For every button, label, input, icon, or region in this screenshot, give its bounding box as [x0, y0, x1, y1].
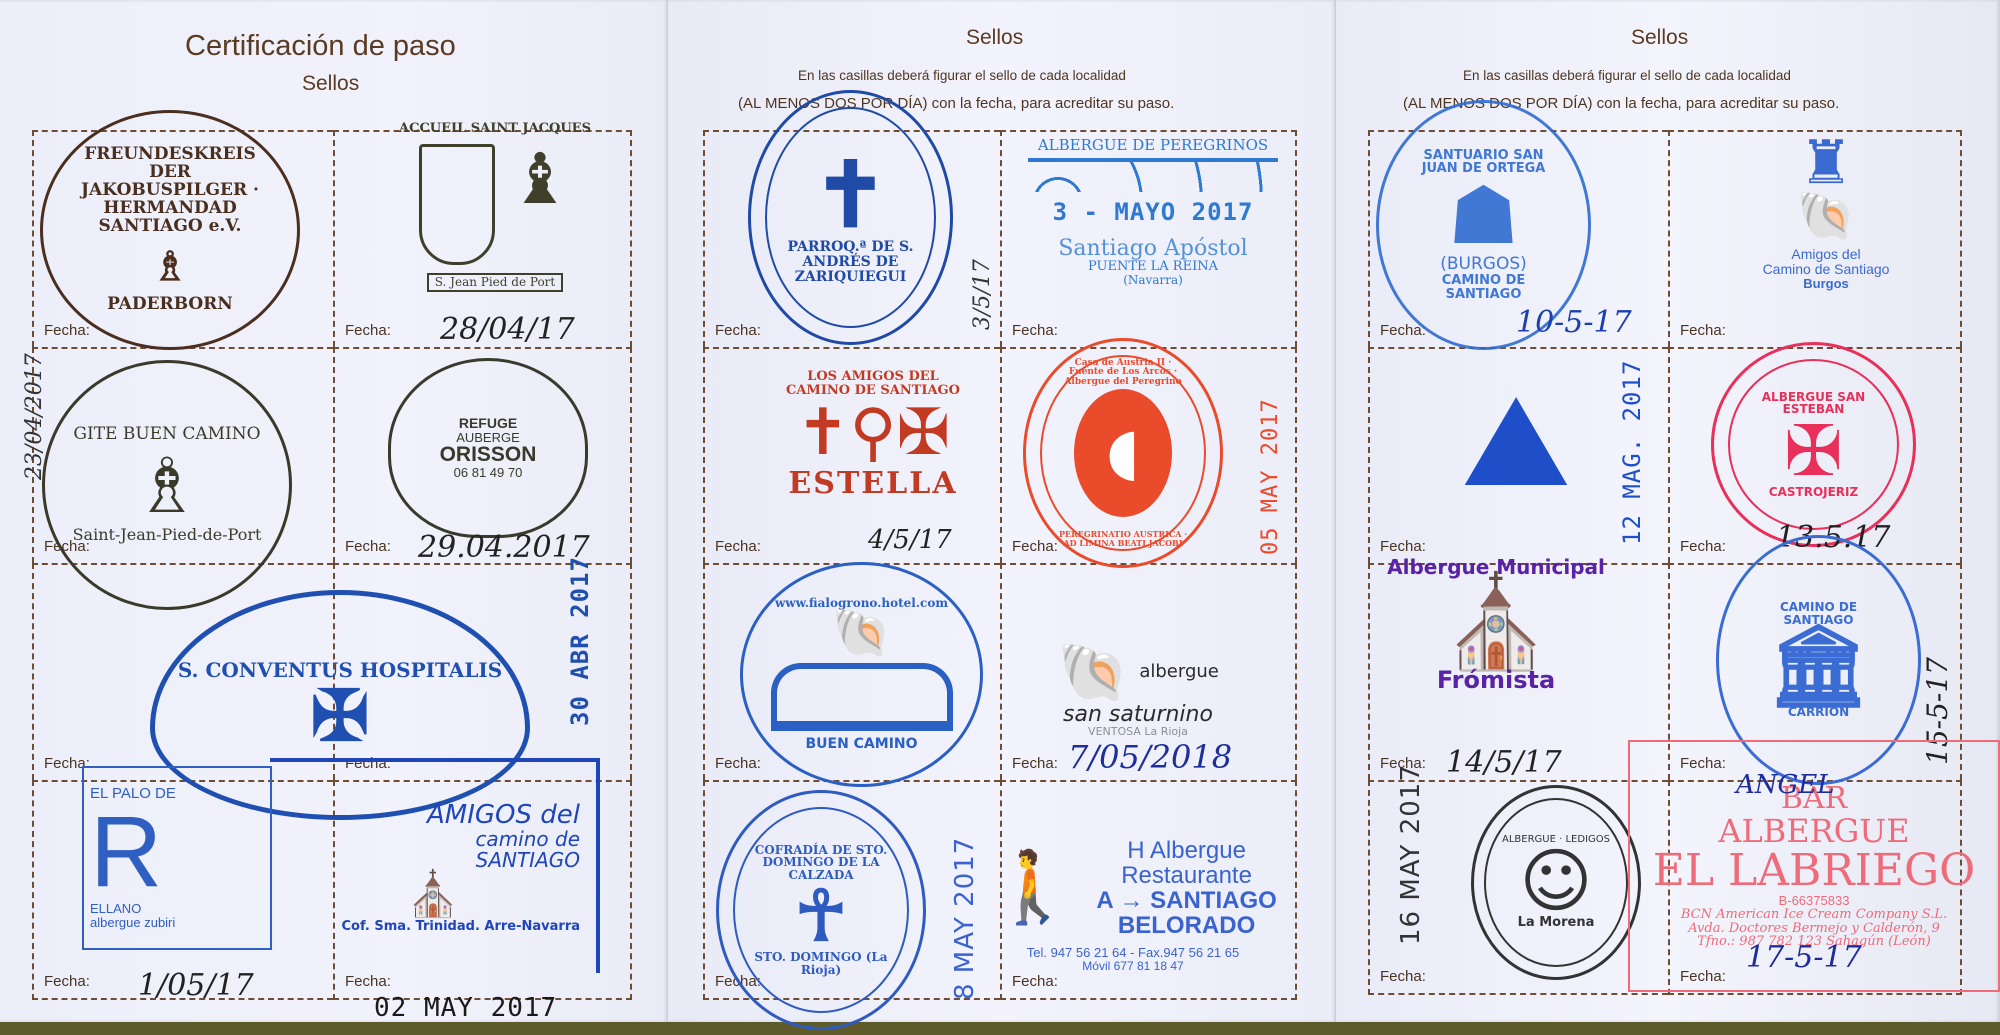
handwritten-date: 3/5/17 [970, 259, 995, 330]
coat-of-arms-icon [419, 144, 495, 265]
stamp-paderborn: FREUNDESKREIS DER JAKOBUSPILGER · HERMAN… [40, 110, 300, 350]
letter-r-icon: R [90, 802, 162, 902]
stamp-logrono: www.fialogrono.hotel.com 🐚 BUEN CAMINO [740, 562, 983, 787]
church-icon: ⛪ [406, 871, 461, 919]
stamp-text: www.fialogrono.hotel.com [775, 597, 948, 610]
stamp-text: Saint-Jean-Pied-de-Port [73, 527, 262, 544]
church-icon: ⛪ [1440, 578, 1552, 668]
cross-icon: ✠ [178, 681, 502, 751]
stamp-amigos-arre: AMIGOS del camino de SANTIAGO ⛪ Cof. Sma… [270, 758, 600, 973]
stamp-text: A → SANTIAGO [1096, 888, 1276, 913]
stamp-text: CARRIÓN [1744, 706, 1894, 719]
portrait-icon: ☺ [1502, 846, 1610, 916]
stamp-text: Móvil 677 81 18 47 [1082, 960, 1183, 973]
fecha-label: Fecha: [1012, 538, 1058, 555]
page-title: Certificación de paso [185, 30, 456, 63]
date-stamp: 05 MAY 2017 [1258, 398, 1283, 555]
jerusalem-cross-icon: ✠ [1739, 416, 1889, 486]
stamp-text: Cof. Sma. Trinidad. Arre-Navarra [342, 920, 580, 934]
stamp-ledigos: ALBERGUE · LEDIGOS ☺ La Morena [1471, 785, 1641, 980]
stamp-text: AMIGOS del [427, 802, 580, 829]
building-icon: 🏛 [1744, 626, 1894, 706]
stamp-text: ACCUEIL SAINT JACQUES [399, 122, 591, 136]
stamp-amigos-burgos: ♜ 🐚 Amigos del Camino de Santiago Burgos [1716, 112, 1936, 312]
fecha-label: Fecha: [44, 973, 90, 990]
stamp-text: FREUNDESKREIS DER JAKOBUSPILGER · HERMAN… [70, 146, 270, 235]
handwritten-date: 1/05/17 [138, 968, 254, 1003]
stamp-fromista: Albergue Municipal ⛪ Frómista [1376, 505, 1616, 745]
stamp-text: PEREGRINATIO AUSTRICA · AD LIMINA BEATI … [1058, 530, 1188, 547]
stamp-text: albergue [1139, 663, 1219, 682]
stamp-text: Burgos [1803, 277, 1849, 291]
stamp-text: SANTIAGO [476, 850, 580, 871]
stamp-text: BELORADO [1096, 913, 1276, 938]
date-stamp: 30 ABR 2017 [566, 556, 594, 726]
stamp-castrojeriz: ALBERGUE SAN ESTEBAN ✠ CASTROJERIZ [1711, 342, 1916, 547]
stamp-text: Amigos del [1791, 247, 1860, 262]
handwritten-date: 17-5-17 [1746, 940, 1862, 975]
stamp-text: san saturnino [1063, 703, 1213, 726]
stamp-text: PADERBORN [70, 296, 270, 314]
fecha-label: Fecha: [715, 538, 761, 555]
stamp-text: H Albergue [1096, 838, 1276, 863]
stamp-los-arcos: ◖ Casa de Austria II · Fuente de Los Arc… [1023, 338, 1223, 568]
stamp-orisson: REFUGE AUBERGE ORISSON 06 81 49 70 [388, 358, 588, 538]
stamp-text: BUEN CAMINO [805, 737, 917, 752]
stamp-text: ORISSON [440, 444, 537, 466]
stamp-text: AUBERGE [456, 431, 520, 445]
handwritten-date: 29.04.2017 [418, 530, 590, 565]
scallop-shell-icon: 🐚 [1796, 193, 1856, 241]
stamp-estella: LOS AMIGOS DEL CAMINO DE SANTIAGO ✝⚲✠ ES… [778, 345, 968, 525]
stamp-belorado: 🚶 H Albergue Restaurante A → SANTIAGO BE… [968, 790, 1298, 1020]
stamp-text: EL LABRIEGO [1653, 848, 1976, 894]
stamp-text: La Morena [1502, 916, 1610, 930]
fecha-label: Fecha: [1012, 322, 1058, 339]
stamp-accueil-saint-jacques: ACCUEIL SAINT JACQUES ♝ S. Jean Pied de … [390, 92, 600, 322]
handwritten-name: ANGEL [1736, 770, 1835, 800]
castle-icon: ♜ [1799, 133, 1853, 193]
handwritten-date: 4/5/17 [868, 525, 952, 555]
stamp-text: B-66375833 [1779, 894, 1850, 908]
cross-icon: ✝⚲✠ [796, 398, 950, 468]
stamp-text: camino de [475, 829, 580, 850]
page-subtitle: Sellos [302, 72, 359, 96]
stamp-text: S. Jean Pied de Port [427, 273, 564, 292]
page-left: Certificación de paso Sellos Fecha: Fech… [0, 0, 668, 1022]
stamp-text: Avda. Doctores Bermejo y Calderón, 9 [1688, 922, 1940, 936]
fecha-label: Fecha: [1380, 968, 1426, 985]
fecha-label: Fecha: [345, 538, 391, 555]
pilgrim-icon: ♝ [509, 144, 572, 265]
page-subtitle: Sellos [1631, 26, 1688, 50]
scallop-shell-icon: ◖ [1074, 389, 1172, 517]
stamp-text: PUENTE LA REINA [1088, 260, 1218, 274]
stamp-text: PARROQ.ª DE S. ANDRÉS DE ZARIQUIEGUI [776, 240, 926, 284]
fecha-label: Fecha: [715, 322, 761, 339]
fecha-label: Fecha: [715, 755, 761, 772]
scallop-shell-icon: 🐚 [832, 609, 892, 657]
stamp-text: LOS AMIGOS DEL CAMINO DE SANTIAGO [778, 370, 968, 397]
stamp-text: BCN American Ice Cream Company S.L. [1681, 908, 1947, 922]
stamp-text: Camino de Santiago [1763, 262, 1890, 277]
stamp-text: (BURGOS) [1409, 256, 1559, 274]
saint-icon: ☥ [746, 881, 896, 951]
fecha-label: Fecha: [345, 973, 391, 990]
page-right: Sellos En las casillas deberá figurar el… [1336, 0, 2000, 1022]
handwritten-date: 28/04/17 [440, 312, 575, 347]
stamp-text: Tel. 947 56 21 64 - Fax.947 56 21 65 [1027, 946, 1240, 960]
date-stamp: 02 MAY 2017 [374, 993, 557, 1023]
handwritten-date: 7/05/2018 [1068, 738, 1232, 776]
fecha-label: Fecha: [1680, 322, 1726, 339]
instruction-text: En las casillas deberá figurar el sello … [1463, 68, 1791, 83]
fecha-label: Fecha: [44, 322, 90, 339]
stamp-text: Frómista [1437, 668, 1555, 693]
stamp-text: CAMINO DE SANTIAGO [1409, 274, 1559, 301]
hiker-icon: 🚶 [989, 851, 1076, 925]
date-stamp: 16 MAY 2017 [1396, 764, 1426, 945]
handwritten-date: 10-5-17 [1516, 305, 1632, 340]
stamp-text: ALBERGUE DE PEREGRINOS [1038, 138, 1268, 154]
handwritten-date: 23/04/2017 [22, 353, 47, 480]
stamp-palo-de-ellano: EL PALO DE R ELLANO albergue zubiri [82, 766, 272, 950]
stamp-zariquiegui: ✝ PARROQ.ª DE S. ANDRÉS DE ZARIQUIEGUI [748, 90, 953, 345]
stamp-text: ESTELLA [788, 468, 957, 500]
saint-andrew-icon: ✝ [776, 150, 926, 240]
pilgrim-icon: ♗ [70, 246, 270, 288]
stamp-text: CASTROJERIZ [1739, 486, 1889, 499]
pilgrim-icon: ♗ [73, 444, 262, 528]
handwritten-date: 14/5/17 [1446, 745, 1562, 780]
stamp-text: (Navarra) [1123, 274, 1183, 287]
bridge-icon [1028, 158, 1278, 192]
stamp-gite-buen-camino: GITE BUEN CAMINO ♗ Saint-Jean-Pied-de-Po… [42, 360, 292, 610]
stamp-text: REFUGE [459, 416, 517, 431]
page-middle: Sellos En las casillas deberá figurar el… [668, 0, 1336, 1022]
stamp-santo-domingo: COFRADÍA DE STO. DOMINGO DE LA CALZADA ☥… [716, 790, 926, 1030]
fecha-label: Fecha: [1680, 538, 1726, 555]
fecha-label: Fecha: [345, 322, 391, 339]
stamp-text: Santiago Apóstol [1058, 237, 1247, 260]
saint-bust-icon: ☗ [1409, 176, 1559, 256]
stamp-text: ELLANO [90, 902, 141, 916]
page-subtitle: Sellos [966, 26, 1023, 50]
stamp-text: albergue zubiri [90, 916, 175, 930]
stamp-text: STO. DOMINGO (La Rioja) [746, 951, 896, 976]
ruins-icon [771, 663, 953, 731]
stamp-text: Casa de Austria II · Fuente de Los Arcos… [1058, 359, 1188, 387]
scallop-shell-icon: 🐚 [1057, 642, 1129, 703]
date-stamp: 12 MAG. 2017 [1618, 360, 1646, 545]
instruction-text: En las casillas deberá figurar el sello … [798, 68, 1126, 83]
stamp-puente-la-reina: ALBERGUE DE PEREGRINOS 3 - MAYO 2017 San… [978, 112, 1328, 312]
date-stamp: 3 - MAYO 2017 [1053, 200, 1254, 225]
stamp-text: Restaurante [1096, 863, 1276, 888]
stamp-text: 06 81 49 70 [454, 466, 523, 480]
stamp-text: VENTOSA La Rioja [1088, 726, 1188, 738]
stamp-text: ALBERGUE [1718, 815, 1909, 849]
